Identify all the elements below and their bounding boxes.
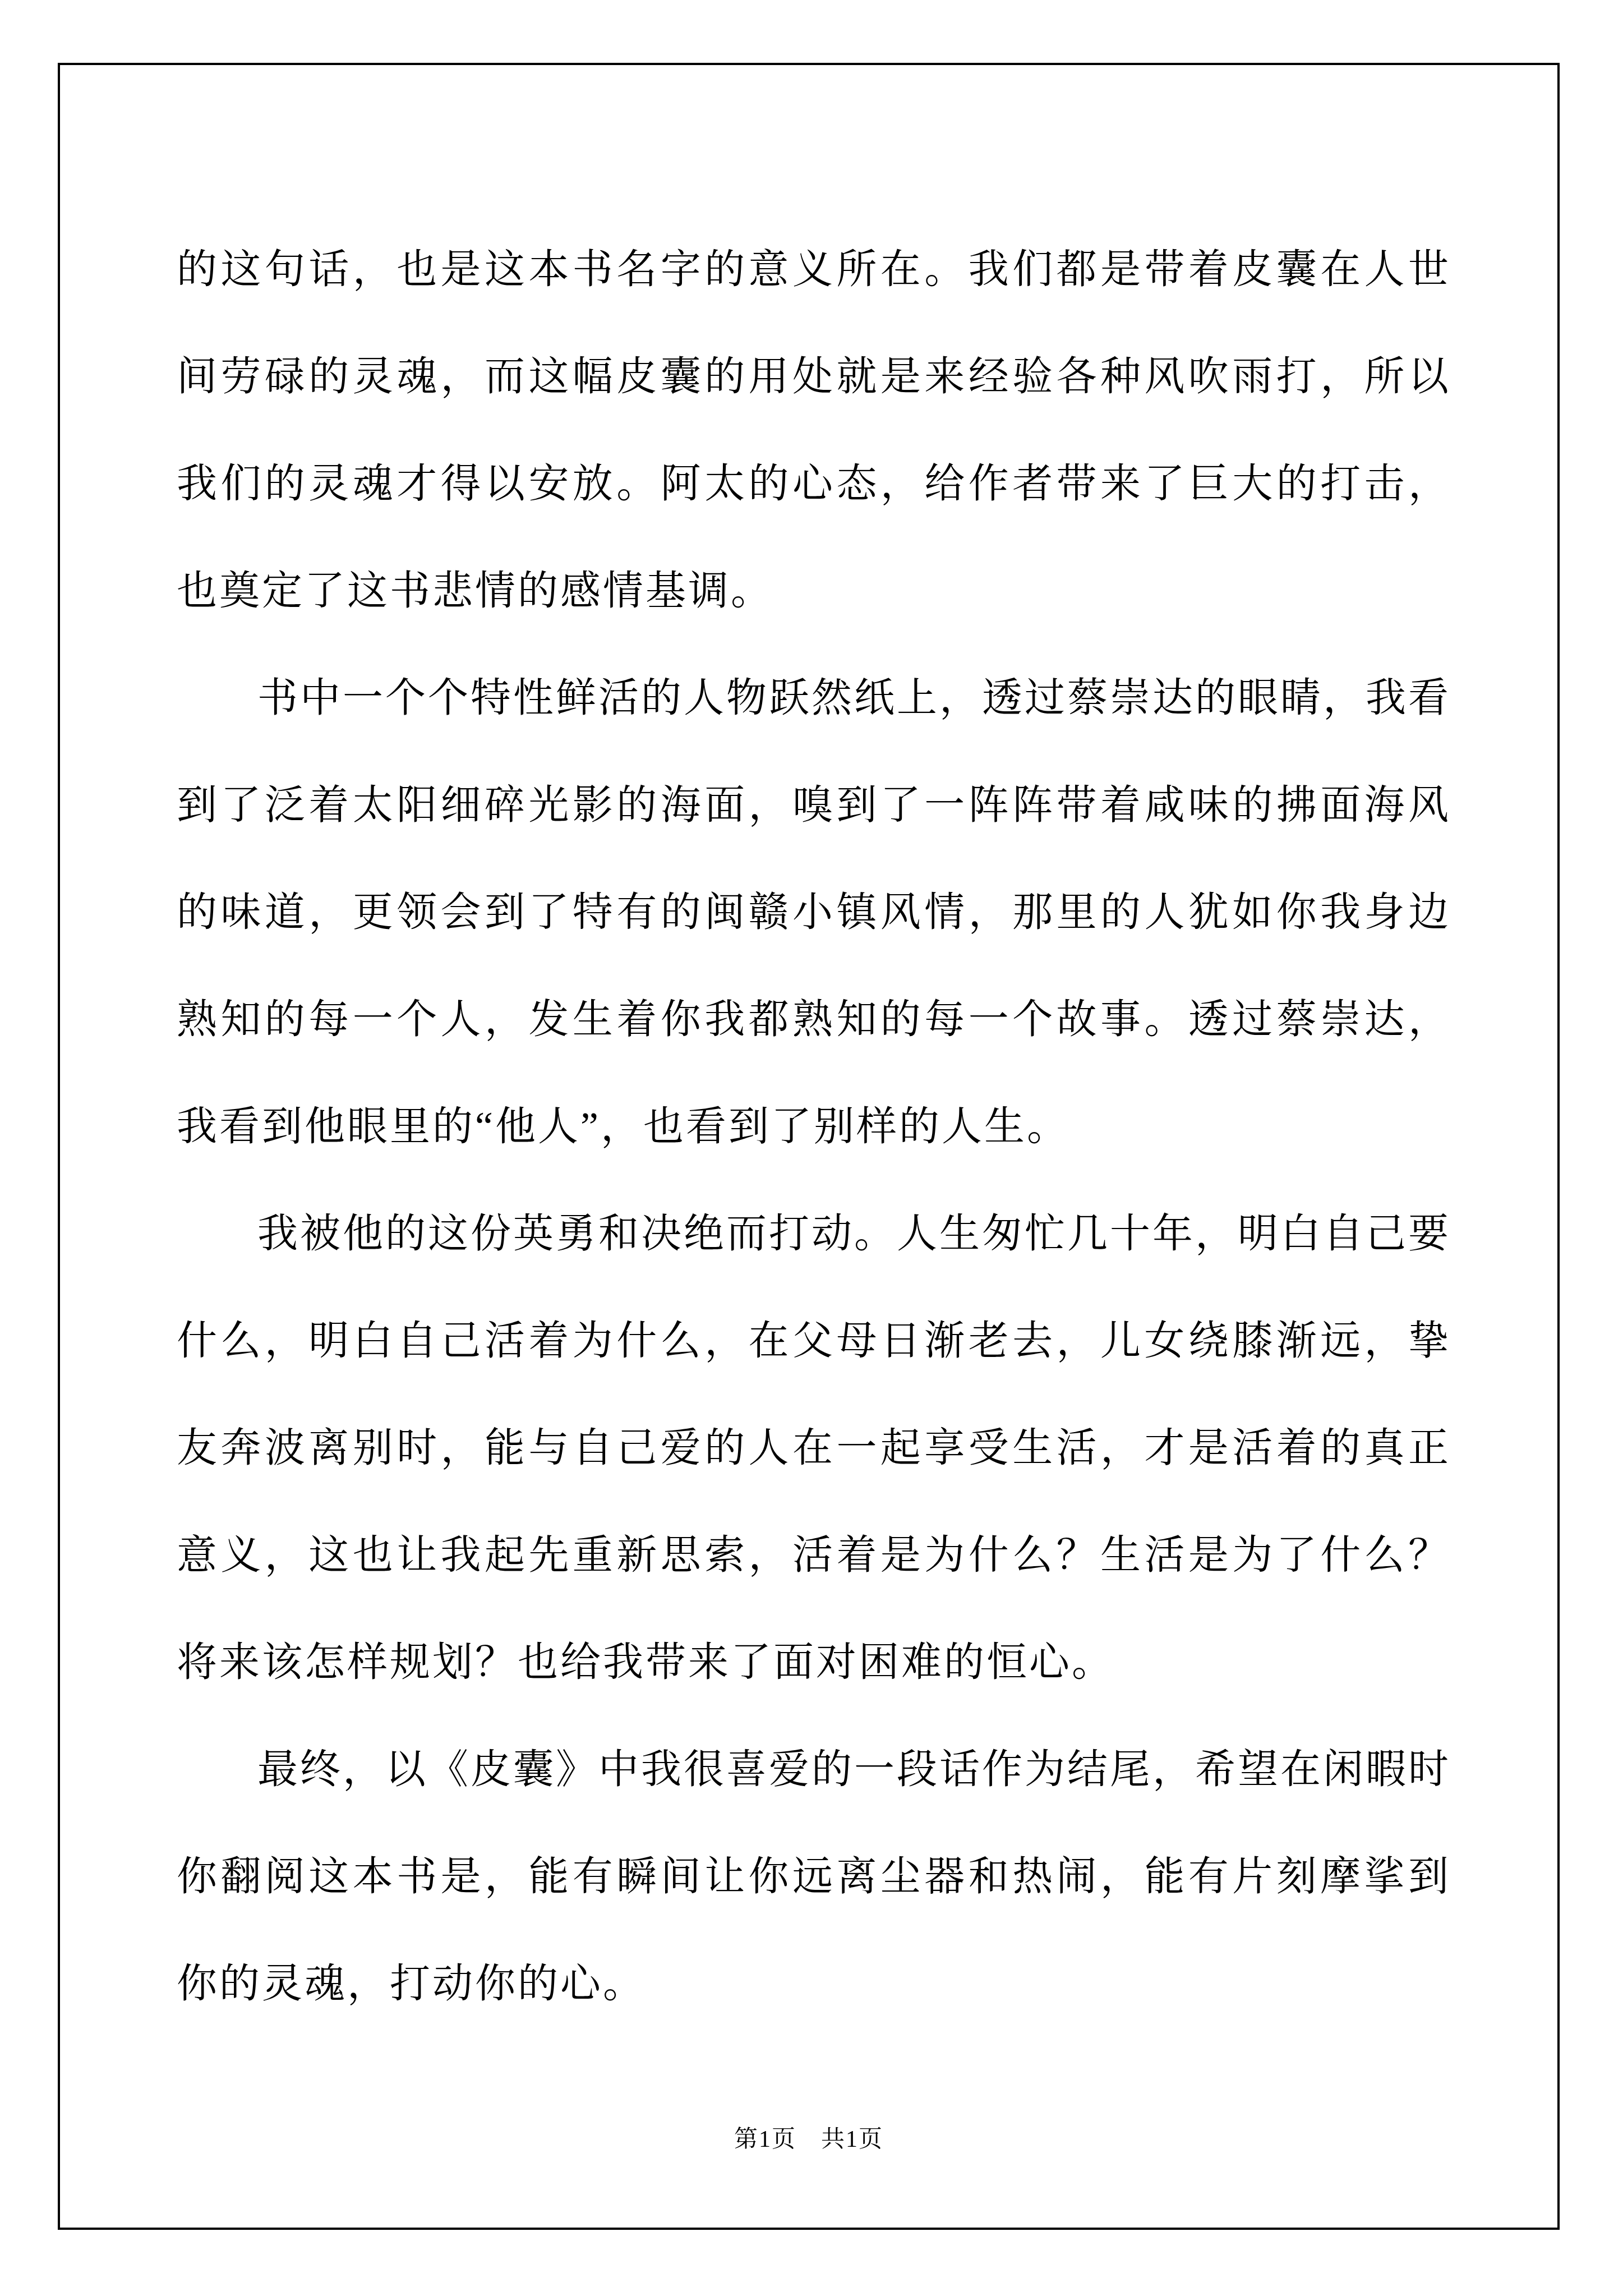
paragraph: 我被他的这份英勇和决绝而打动。人生匆忙几十年，明白自己要什么，明白自己活着为什么…: [177, 1180, 1451, 1716]
document-page: 的这句话，也是这本书名字的意义所在。我们都是带着皮囊在人世间劳碌的灵魂，而这幅皮…: [0, 0, 1623, 2296]
paragraph: 的这句话，也是这本书名字的意义所在。我们都是带着皮囊在人世间劳碌的灵魂，而这幅皮…: [177, 216, 1451, 645]
page-number-footer: 第1页 共1页: [58, 2122, 1560, 2157]
document-body-text: 的这句话，也是这本书名字的意义所在。我们都是带着皮囊在人世间劳碌的灵魂，而这幅皮…: [177, 216, 1451, 2037]
paragraph: 书中一个个特性鲜活的人物跃然纸上，透过蔡崇达的眼睛，我看到了泛着太阳细碎光影的海…: [177, 645, 1451, 1180]
paragraph: 最终，以《皮囊》中我很喜爱的一段话作为结尾，希望在闲暇时你翻阅这本书是，能有瞬间…: [177, 1716, 1451, 2037]
